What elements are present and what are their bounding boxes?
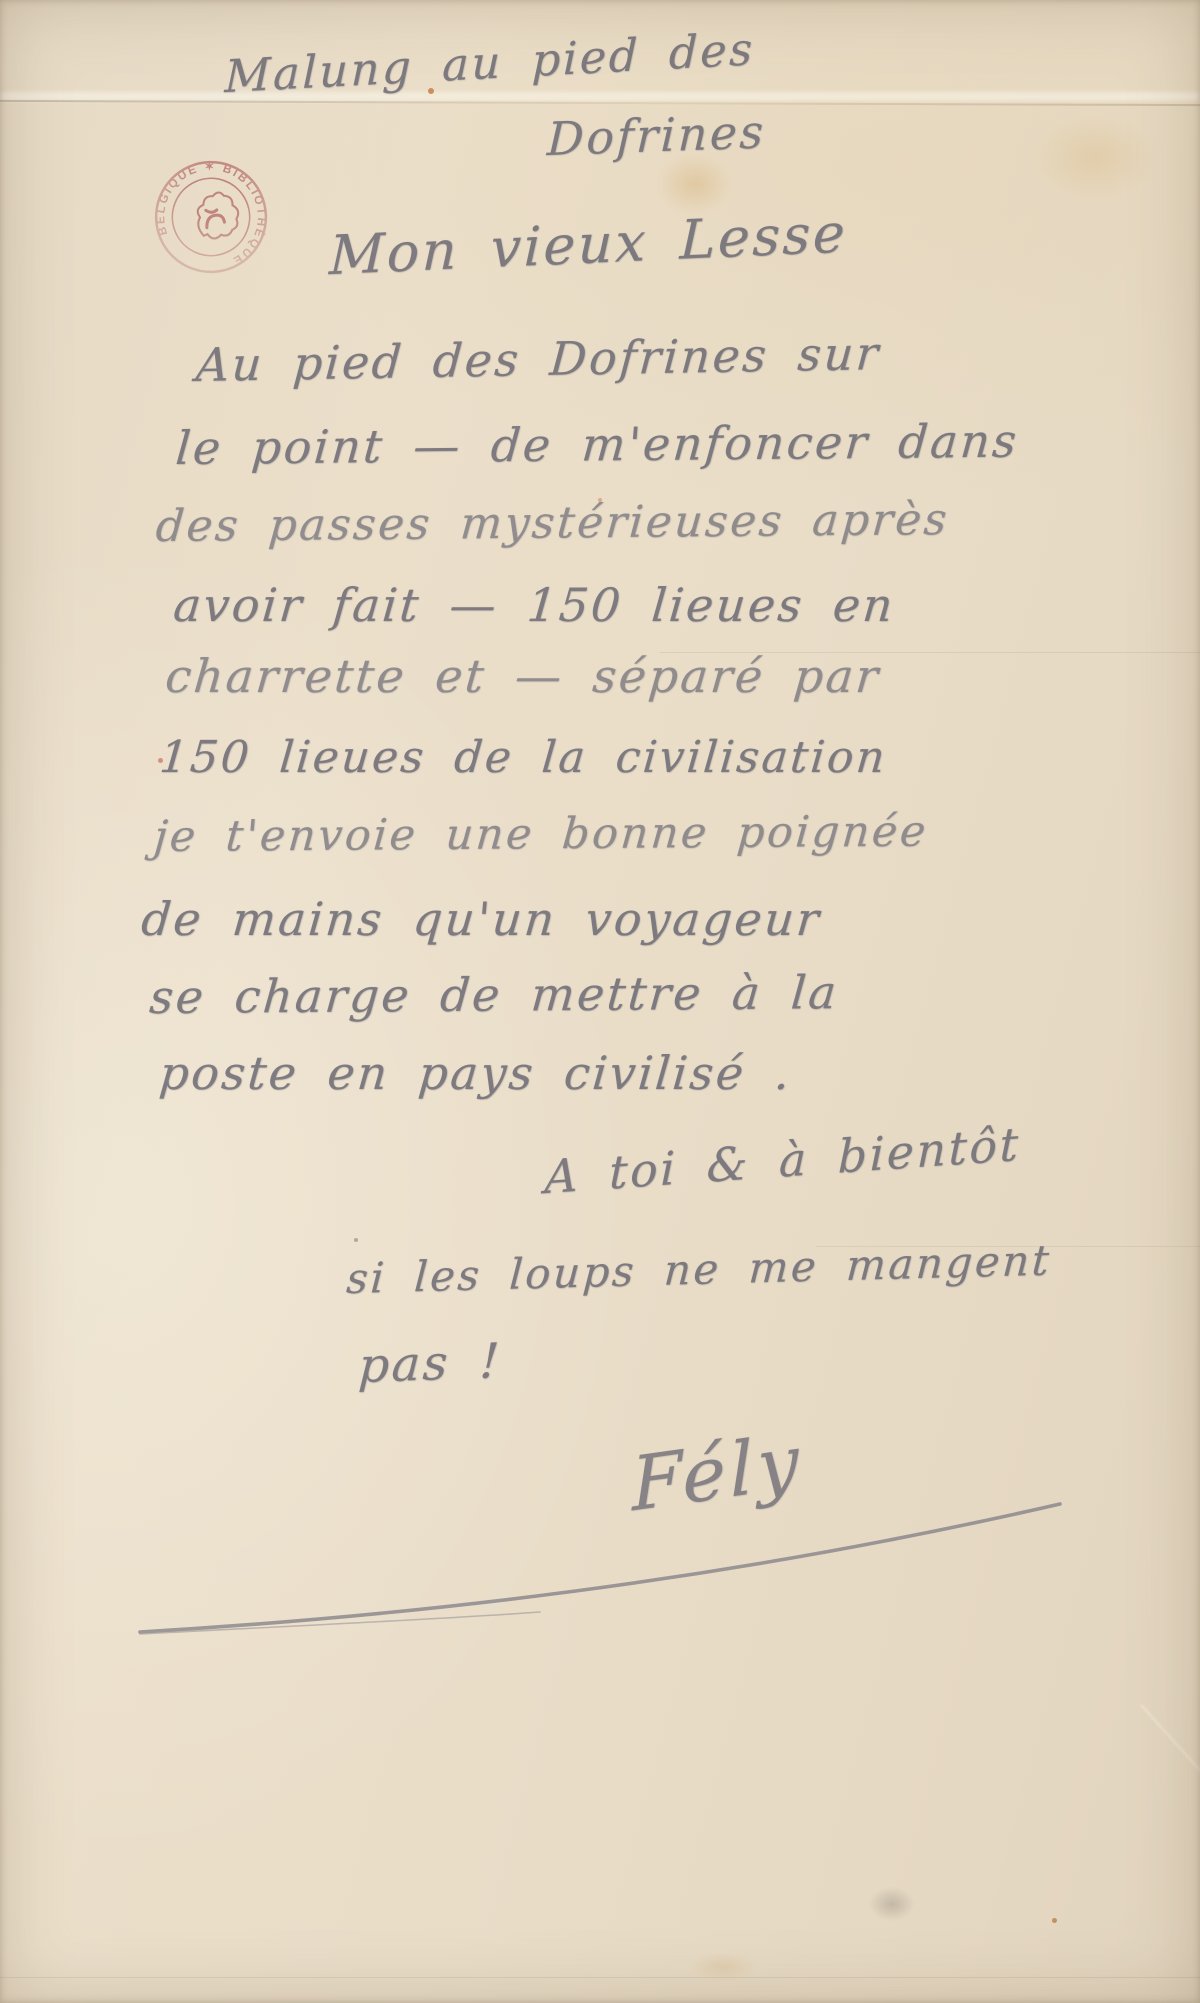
fold-crease-middle <box>660 652 1200 653</box>
body-line: des passes mystérieuses après <box>154 494 951 552</box>
pencil-smudge <box>868 1886 916 1922</box>
stamp-arc-text: BELGIQUE ✶ BIBLIOTHÈQUE <box>136 142 286 292</box>
body-line: poste en pays civilisé . <box>157 1046 794 1100</box>
heraldic-lion-icon <box>189 188 245 245</box>
letter-page: BELGIQUE ✶ BIBLIOTHÈQUE Malung au pied d… <box>0 0 1200 2003</box>
body-line: se charge de mettre à la <box>148 965 841 1024</box>
rust-speck <box>428 88 434 94</box>
body-line: je t'envoie une bonne poignée <box>152 807 930 862</box>
fold-crease-highlight <box>0 92 1200 101</box>
paper-speck <box>598 498 602 502</box>
stamp-inner-ring <box>160 166 262 268</box>
rust-speck <box>1052 1918 1057 1923</box>
foxing-stain <box>656 152 734 216</box>
stamp-outer-ring <box>139 145 284 290</box>
corner-bend-crease <box>1140 1704 1200 1809</box>
closing-line: A toi & à bientôt <box>544 1117 1021 1204</box>
body-line: avoir fait — 150 lieues en <box>171 578 897 632</box>
body-line: de mains qu'un voyageur <box>139 892 823 946</box>
closing-line: pas ! <box>357 1333 503 1394</box>
fold-crease-top <box>0 100 1200 106</box>
body-line: 150 lieues de la civilisation <box>158 732 890 783</box>
paper-speck <box>354 1238 358 1242</box>
rust-speck <box>158 758 163 763</box>
body-line: Au pied des Dofrines sur <box>194 326 882 392</box>
dateline-place: Malung au pied des <box>224 22 755 103</box>
fold-crease-bottom <box>0 1977 1200 1978</box>
signature-flourish <box>110 1470 1090 1660</box>
library-stamp: BELGIQUE ✶ BIBLIOTHÈQUE <box>130 136 291 297</box>
salutation: Mon vieux Lesse <box>328 201 848 287</box>
foxing-stain <box>1030 112 1160 204</box>
scan-vignette <box>0 0 1200 2003</box>
foxing-stain <box>688 1952 758 1982</box>
body-line: charrette et — séparé par <box>163 649 882 703</box>
closing-line: si les loups ne me mangent <box>345 1236 1053 1304</box>
signature: Fély <box>630 1418 804 1528</box>
dateline-place-2: Dofrines <box>546 104 767 166</box>
fold-crease-lower <box>816 1246 1200 1247</box>
body-line: le point — de m'enfoncer dans <box>174 414 1021 475</box>
